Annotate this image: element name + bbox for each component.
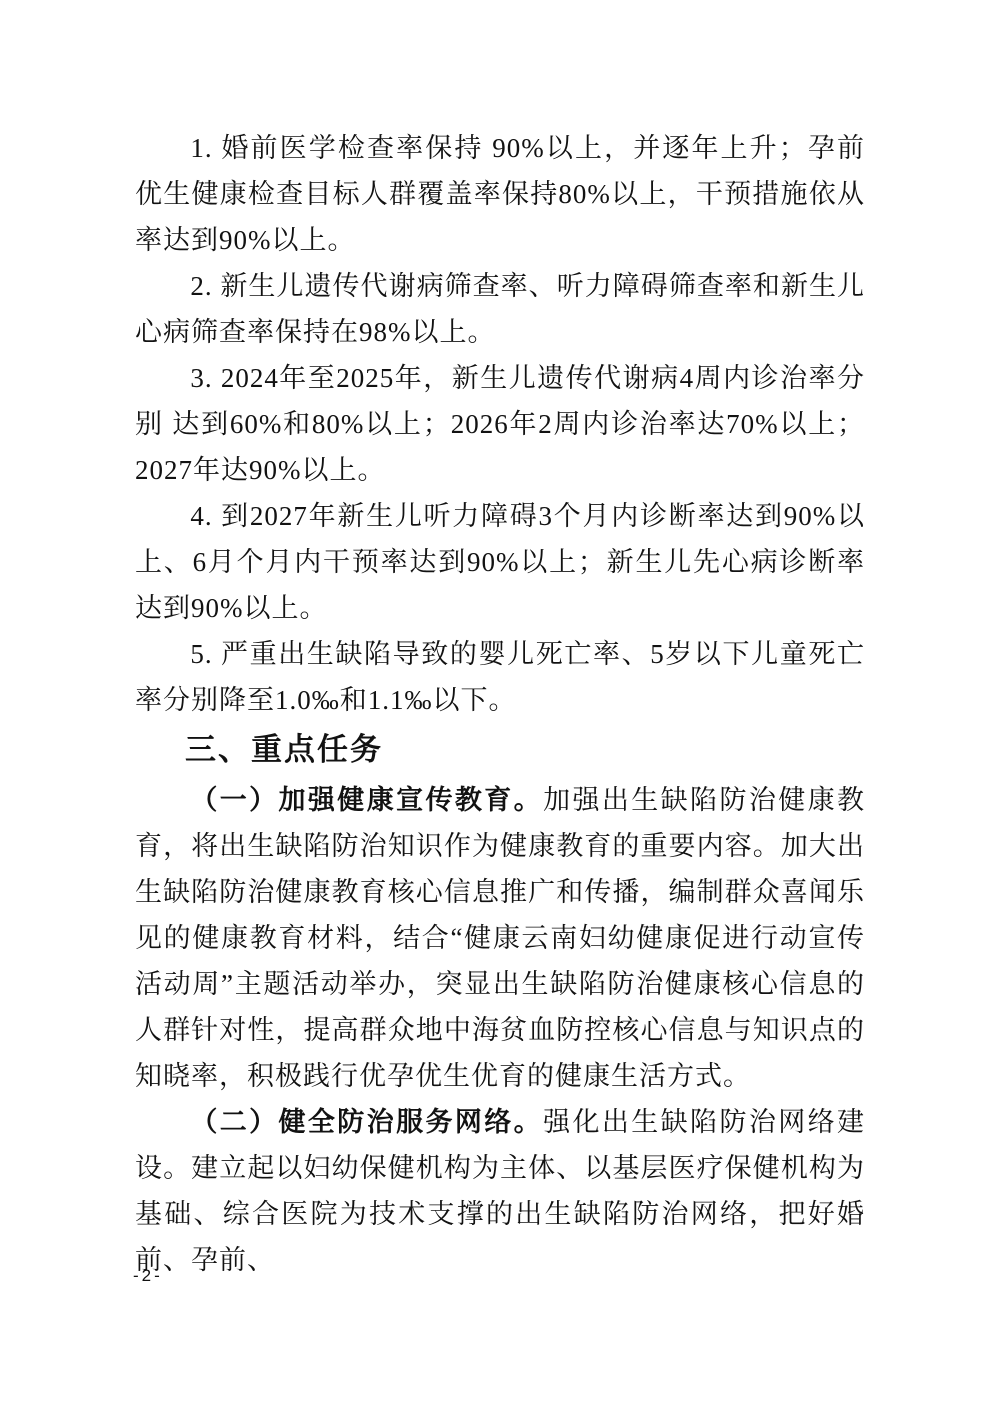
paragraph-goal-1: 1. 婚前医学检查率保持 90%以上，并逐年上升；孕前优生健康检查目标人群覆盖率… <box>135 125 865 263</box>
paragraph-goal-3: 3. 2024年至2025年，新生儿遗传代谢病4周内诊治率分别 达到60%和80… <box>135 355 865 493</box>
page-number: -2- <box>133 1266 163 1286</box>
section-1-text: 加强出生缺陷防治健康教育，将出生缺陷防治知识作为健康教育的重要内容。加大出生缺陷… <box>135 785 865 1091</box>
paragraph-goal-5: 5. 严重出生缺陷导致的婴儿死亡率、5岁以下儿童死亡率分别降至1.0‰和1.1‰… <box>135 631 865 723</box>
section-heading-key-tasks: 三、重点任务 <box>135 723 865 777</box>
section-paragraph-1: （一）加强健康宣传教育。加强出生缺陷防治健康教育，将出生缺陷防治知识作为健康教育… <box>135 777 865 1099</box>
document-body: 1. 婚前医学检查率保持 90%以上，并逐年上升；孕前优生健康检查目标人群覆盖率… <box>135 125 865 1283</box>
section-1-lead: （一）加强健康宣传教育。 <box>190 785 543 815</box>
paragraph-goal-4: 4. 到2027年新生儿听力障碍3个月内诊断率达到90%以上、6月个月内干预率达… <box>135 493 865 631</box>
document-page: 1. 婚前医学检查率保持 90%以上，并逐年上升；孕前优生健康检查目标人群覆盖率… <box>0 0 1000 1414</box>
section-paragraph-2: （二）健全防治服务网络。强化出生缺陷防治网络建设。建立起以妇幼保健机构为主体、以… <box>135 1099 865 1283</box>
section-2-lead: （二）健全防治服务网络。 <box>190 1107 543 1137</box>
paragraph-goal-2: 2. 新生儿遗传代谢病筛查率、听力障碍筛查率和新生儿心病筛查率保持在98%以上。 <box>135 263 865 355</box>
